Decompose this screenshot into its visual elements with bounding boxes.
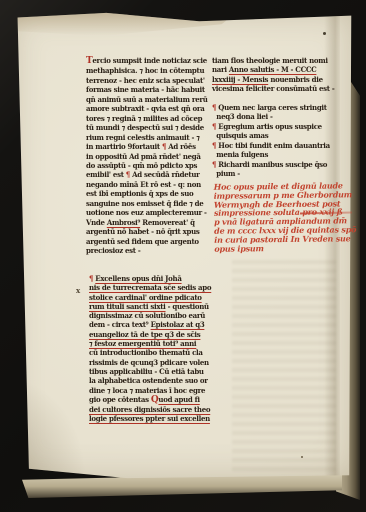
right-column-colophon: tiam flos theologie meruit nominari Anno… [212,56,348,94]
text-line: tores ⁊ reginā ⁊ milites ad cōcep [86,114,212,123]
text-line: lxxxiiij - Mensis nouembris die [212,75,348,84]
verso-showthrough [232,260,336,472]
text-line: dignissimaz cū solutionibo earū [89,311,215,320]
text-line: terrenoz - hec eniz scia speculat' [86,76,212,85]
text-line: menia fulgens [212,150,348,159]
text-line: la alphabetica ostendente suo or [89,376,215,385]
left-column-main-text: Tercio sumpsit inde noticiaz sciemethaph… [86,56,212,256]
text-line: vicesima feliciter consūmatū est - [212,84,348,93]
text-line: dem - circa text⁹ Epistolaz at q3 [89,320,215,329]
text-line: sanguine nos emisset q̄ fide ⁊ de [86,199,212,208]
text-line: methaphisica. ⁊ hoc in cōtemptu [86,66,212,75]
text-line: argentū nō habet - nō q̄rit xpus [86,227,212,236]
text-line: nis de turrecremata sc̄e sedis apo [89,283,215,292]
text-line: dei cultores dignissiōs sacre theo [89,405,215,414]
text-line: est ibī emptionis q̄ xps de suo [86,189,212,198]
text-line: uotione nos euz amplecteremur - [86,208,212,217]
text-line: rum tituli sancti sixti - questionū [89,302,215,311]
text-line: opus ipsum [214,243,354,253]
text-line: rium regni celestis animauit - ⁊ [86,133,212,142]
text-line: argentū sed fidem que argento [86,237,212,246]
text-line: cū introductionibo thematū cla [89,348,215,357]
page-corner-shade [10,360,100,480]
text-line: Tercio sumpsit inde noticiaz scie [86,56,212,66]
ink-speck [323,32,326,35]
text-line: tū mundi ⁊ despectū sui ⁊ deside [86,123,212,132]
text-line: ¶ Hoc tibi fundit enim dauantria [212,141,348,150]
text-line: pium - [212,169,348,178]
margin-cross-mark: x [76,286,80,295]
left-column-lower-text: ¶ Excellens opus dn̄i Johānis de turrecr… [89,274,215,424]
text-line: ¶ Richardi manibus suscipe q̄so [212,160,348,169]
text-line: ¶ Quem nec larga ceres stringit [212,103,348,112]
text-line: ⁊ festoz emergentiū toti⁹ anni [89,339,215,348]
text-line: rissimis de qcunq3 pdicare volen [89,358,215,367]
text-line: Vnde Ambrosi⁹ Removereat' q̄ [86,218,212,227]
text-line: tiam flos theologie meruit nomi [212,56,348,65]
text-line: emibil' est ¶ Ad secūdā rn̄detur [86,170,212,179]
text-line: amore subtraxit - qvia est qn̄ ora [86,104,212,113]
text-line: in martirio 9fortauit ¶ Ad rōēs [86,142,212,151]
rubricator-note: Hoc opus puile et dignū laudeimpressarum… [214,181,355,253]
text-line: neq3 dona liei - [212,112,348,121]
text-line: gio ope cōtentas Quod apud fi [89,395,215,405]
text-line: ¶ Egregium artis opus suspice [212,122,348,131]
text-line: dine ⁊ loca ⁊ materias ī hoc egre [89,386,215,395]
text-line: nari Anno salutis - M - CCCC [212,65,348,74]
photo-background: Tercio sumpsit inde noticiaz sciemethaph… [0,0,366,512]
ink-speck [301,456,303,458]
text-line: stolice cardinal' ordine pdicato [89,293,215,302]
text-line: preciosioz est - [86,246,212,255]
page-top-stain [10,10,240,36]
text-line: negando mīnā Et rō est - q: non [86,180,212,189]
text-line: quisquis amas [212,131,348,140]
text-line: tibus applicabiliu - Cū etiā tabu [89,367,215,376]
text-line: euangelioz tā de tpe q3 de sc̄is [89,330,215,339]
text-line: in oppositū Ad pmā rn̄det' negā [86,152,212,161]
text-line: ¶ Excellens opus dn̄i Johā [89,274,215,283]
text-line: formas sine materia - hāc habuit [86,85,212,94]
text-line: do assūptū - qm̄ mō pdicto xps [86,161,212,170]
right-column-verses: ¶ Quem nec larga ceres stringit neq3 don… [212,103,348,179]
text-line: qn̄ animū suū a materialium rerū [86,95,212,104]
text-line: logie pfessores ppter sui excellen [89,414,215,423]
